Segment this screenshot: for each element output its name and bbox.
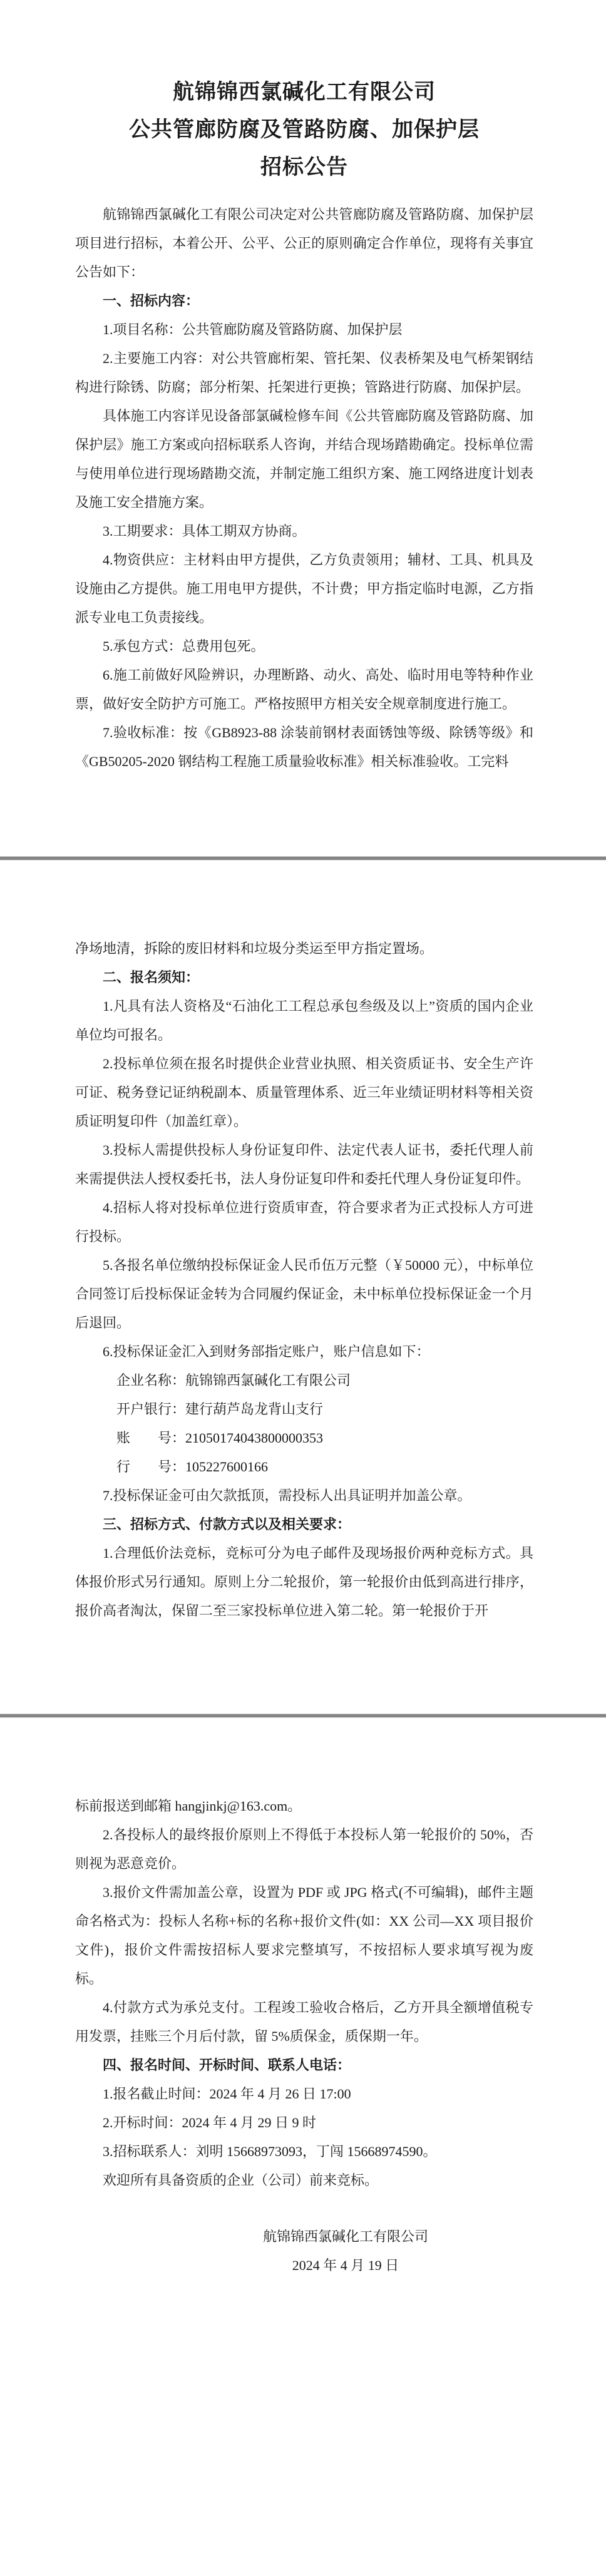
page-break-2 bbox=[0, 1714, 606, 1718]
section1-item5-contract-mode: 5.承包方式：总费用包死。 bbox=[75, 632, 533, 661]
section2-item4-review: 4.招标人将对投标单位进行资质审查，符合要求者为正式投标人方可进行投标。 bbox=[75, 1193, 533, 1251]
page-3: 标前报送到邮箱 hangjinkj@163.com。 2.各投标人的最终报价原则… bbox=[0, 1718, 606, 2576]
section1-item4-materials: 4.物资供应：主材料由甲方提供，乙方负责领用；辅材、工具、机具及设施由乙方提供。… bbox=[75, 546, 533, 632]
section2-item3-id-documents: 3.投标人需提供投标人身份证复印件、法定代表人证书，委托代理人前来需提供法人授权… bbox=[75, 1136, 533, 1193]
section1-item3-schedule: 3.工期要求：具体工期双方协商。 bbox=[75, 517, 533, 546]
title-project: 公共管廊防腐及管路防腐、加保护层 bbox=[75, 111, 533, 149]
section2-item6-account-intro: 6.投标保证金汇入到财务部指定账户，账户信息如下： bbox=[75, 1337, 533, 1366]
section4-item2-opening-time: 2.开标时间：2024 年 4 月 29 日 9 时 bbox=[75, 2108, 533, 2137]
bid-announcement-document: 航锦锦西氯碱化工有限公司 公共管廊防腐及管路防腐、加保护层 招标公告 航锦锦西氯… bbox=[0, 0, 606, 2576]
section2-item2-documents: 2.投标单位须在报名时提供企业营业执照、相关资质证书、安全生产许可证、税务登记证… bbox=[75, 1050, 533, 1136]
page-2: 净场地清，拆除的废旧材料和垃圾分类运至甲方指定置场。 二、报名须知： 1.凡具有… bbox=[0, 861, 606, 1714]
section3-item4-payment: 4.付款方式为承兑支付。工程竣工验收合格后，乙方开具全额增值税专用发票，挂账三个… bbox=[75, 1993, 533, 2051]
section1-item1-project-name: 1.项目名称：公共管廊防腐及管路防腐、加保护层 bbox=[75, 315, 533, 344]
section4-heading: 四、报名时间、开标时间、联系人电话： bbox=[75, 2051, 533, 2080]
section1-item7-continued: 净场地清，拆除的废旧材料和垃圾分类运至甲方指定置场。 bbox=[75, 934, 533, 963]
document-title: 航锦锦西氯碱化工有限公司 公共管廊防腐及管路防腐、加保护层 招标公告 bbox=[75, 74, 533, 187]
section3-item3-quote-file-format: 3.报价文件需加盖公章，设置为 PDF 或 JPG 格式(不可编辑)，邮件主题命… bbox=[75, 1878, 533, 1993]
section2-heading: 二、报名须知： bbox=[75, 963, 533, 992]
section1-item6-safety: 6.施工前做好风险辨识，办理断路、动火、高处、临时用电等特种作业票，做好安全防护… bbox=[75, 661, 533, 718]
intro-paragraph: 航锦锦西氯碱化工有限公司决定对公共管廊防腐及管路防腐、加保护层项目进行招标，本着… bbox=[75, 200, 533, 287]
account-bank: 开户银行：建行葫芦岛龙背山支行 bbox=[75, 1395, 533, 1424]
signature-block: 航锦锦西氯碱化工有限公司 2024 年 4 月 19 日 bbox=[252, 2222, 439, 2280]
section1-item2-scope: 2.主要施工内容：对公共管廊桁架、管托架、仪表桥架及电气桥架钢结构进行除锈、防腐… bbox=[75, 344, 533, 402]
section2-item1-qualification: 1.凡具有法人资格及“石油化工工程总承包叁级及以上”资质的国内企业单位均可报名。 bbox=[75, 992, 533, 1050]
account-company-name: 企业名称：航锦锦西氯碱化工有限公司 bbox=[75, 1366, 533, 1395]
section2-item7-deposit-offset: 7.投标保证金可由欠款抵顶，需投标人出具证明并加盖公章。 bbox=[75, 1481, 533, 1510]
signature-company: 航锦锦西氯碱化工有限公司 bbox=[252, 2222, 439, 2251]
signature-date: 2024 年 4 月 19 日 bbox=[252, 2251, 439, 2280]
welcome-line: 欢迎所有具备资质的企业（公司）前来竞标。 bbox=[75, 2166, 533, 2195]
page-break-1 bbox=[0, 856, 606, 861]
section3-heading: 三、招标方式、付款方式以及相关要求： bbox=[75, 1510, 533, 1539]
section2-item5-deposit: 5.各报名单位缴纳投标保证金人民币伍万元整（￥50000 元），中标单位合同签订… bbox=[75, 1251, 533, 1337]
section3-item1-continued-email: 标前报送到邮箱 hangjinkj@163.com。 bbox=[75, 1792, 533, 1821]
section3-item2-final-quote-rule: 2.各投标人的最终报价原则上不得低于本投标人第一轮报价的 50%，否则视为恶意竞… bbox=[75, 1821, 533, 1878]
section4-item1-signup-deadline: 1.报名截止时间：2024 年 4 月 26 日 17:00 bbox=[75, 2080, 533, 2108]
section4-item3-contacts: 3.招标联系人：刘明 15668973093，丁闯 15668974590。 bbox=[75, 2137, 533, 2166]
title-doc-type: 招标公告 bbox=[75, 149, 533, 187]
page-1: 航锦锦西氯碱化工有限公司 公共管廊防腐及管路防腐、加保护层 招标公告 航锦锦西氯… bbox=[0, 0, 606, 856]
section1-item2-detail: 具体施工内容详见设备部氯碱检修车间《公共管廊防腐及管路防腐、加保护层》施工方案或… bbox=[75, 402, 533, 517]
account-bank-code: 行 号：105227600166 bbox=[75, 1453, 533, 1481]
section1-heading: 一、招标内容： bbox=[75, 287, 533, 315]
title-company: 航锦锦西氯碱化工有限公司 bbox=[75, 74, 533, 111]
section1-item7-acceptance: 7.验收标准：按《GB8923-88 涂装前钢材表面锈蚀等级、除锈等级》和《GB… bbox=[75, 718, 533, 776]
account-number: 账 号：21050174043800000353 bbox=[75, 1424, 533, 1453]
section3-item1-bidding-method: 1.合理低价法竞标，竞标可分为电子邮件及现场报价两种竞标方式。具体报价形式另行通… bbox=[75, 1539, 533, 1625]
